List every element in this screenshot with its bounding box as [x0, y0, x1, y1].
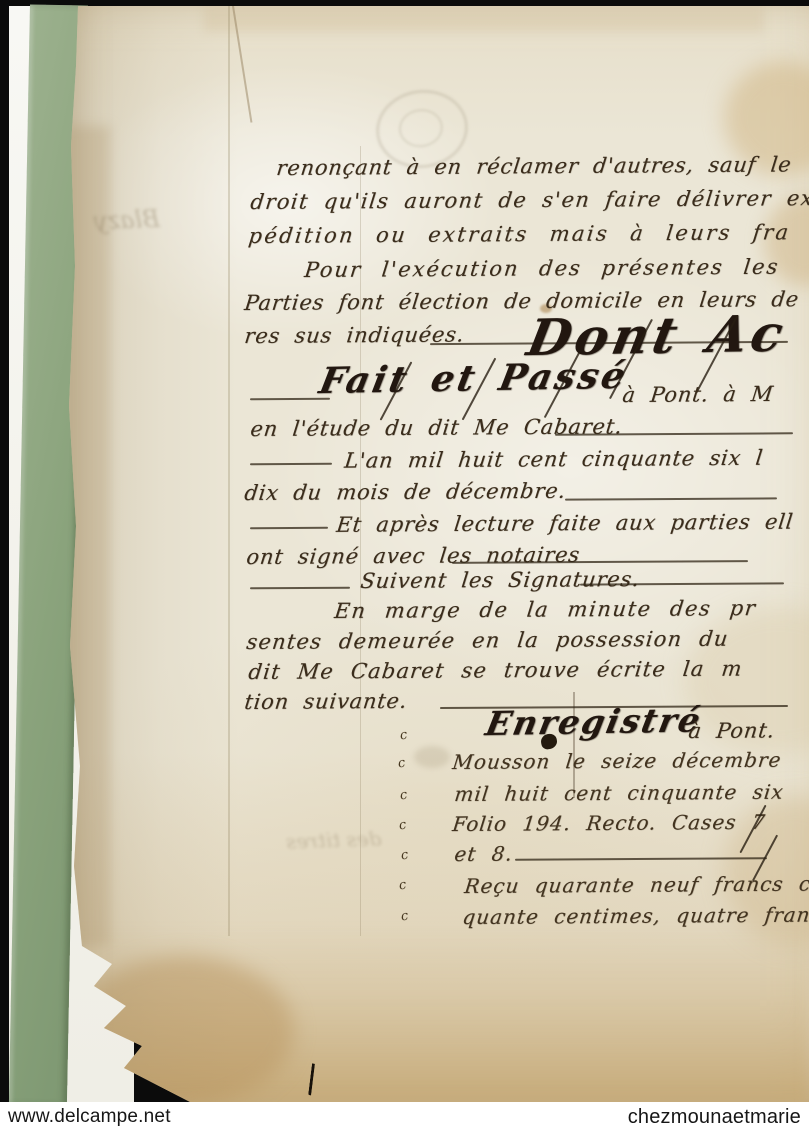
deed-line: Reçu quarante neuf francs cin — [463, 871, 809, 898]
deed-line: Folio 194. Recto. Cases 7 — [451, 810, 767, 836]
deed-line: à Pont. à M — [621, 382, 775, 407]
ditto-mark: c — [400, 847, 410, 863]
deed-line: Et après lecture faite aux parties ell — [307, 510, 795, 537]
fill-line — [555, 432, 793, 435]
fill-line — [580, 582, 784, 585]
corner-fold-crease — [232, 6, 252, 123]
deed-line: Mousson le seize décembre — [451, 748, 783, 774]
deed-line: Suivent les Signatures. — [359, 567, 641, 593]
deed-line: mil huit cent cinquante six — [453, 780, 785, 806]
ditto-mark: c — [398, 877, 408, 893]
top-edge-tint — [204, 6, 764, 32]
deed-line: quante centimes, quatre fran — [461, 903, 809, 929]
watermark-right: chezmounaetmarie — [628, 1106, 801, 1129]
deed-line: tion suivante. — [243, 689, 408, 714]
deed-line: ont signé avec les notaires — [245, 543, 581, 569]
watermark-left: www.delcampe.net — [8, 1106, 171, 1128]
deed-line: en l'étude du dit Me Cabaret. — [249, 414, 624, 441]
deed-line: L'an mil huit cent cinquante six l — [295, 446, 764, 473]
fill-line — [515, 857, 767, 861]
fill-line — [250, 587, 350, 590]
deed-line: à Pont. — [687, 718, 776, 743]
smudge — [414, 746, 450, 768]
bottom-stain-band — [64, 926, 809, 1104]
deed-line: En marge de la minute des pr — [333, 596, 758, 623]
deed-line: sentes demeurée en la possession du — [245, 627, 730, 654]
embossed-stamp-inner-ring — [396, 106, 445, 150]
ink-blot — [308, 1063, 325, 1096]
bleedthrough-text: des titres — [286, 826, 382, 853]
scanned-document: Blazy des titres renonçant à en réclamer… — [0, 0, 809, 1132]
deed-line: et 8. — [453, 842, 514, 866]
deed-line: Pour l'exécution des présentes les — [303, 255, 781, 282]
ditto-mark: c — [397, 755, 407, 771]
deed-line: droit qu'ils auront de s'en faire délivr… — [249, 186, 809, 214]
calligraphy-enregistre: Enregistré — [482, 700, 705, 743]
curl-shadow — [64, 6, 239, 1104]
deed-line: pédition ou extraits mais à leurs fra — [247, 220, 792, 248]
ditto-mark: c — [399, 787, 409, 803]
deed-line: dix du mois de décembre. — [243, 479, 567, 505]
deed-paper-sheet: Blazy des titres renonçant à en réclamer… — [64, 6, 809, 1104]
watermark-bar: www.delcampe.net chezmounaetmarie — [0, 1102, 809, 1132]
ditto-mark: c — [400, 908, 410, 924]
fill-line — [452, 560, 748, 564]
ditto-mark: c — [398, 817, 408, 833]
ditto-mark: c — [399, 727, 409, 743]
bleedthrough-text: Blazy — [94, 205, 161, 235]
deed-line: dit Me Cabaret se trouve écrite la m — [247, 657, 744, 684]
binding-crease — [228, 6, 230, 936]
deed-line: renonçant à en réclamer d'autres, sauf l… — [275, 152, 793, 180]
fill-line — [565, 497, 777, 500]
